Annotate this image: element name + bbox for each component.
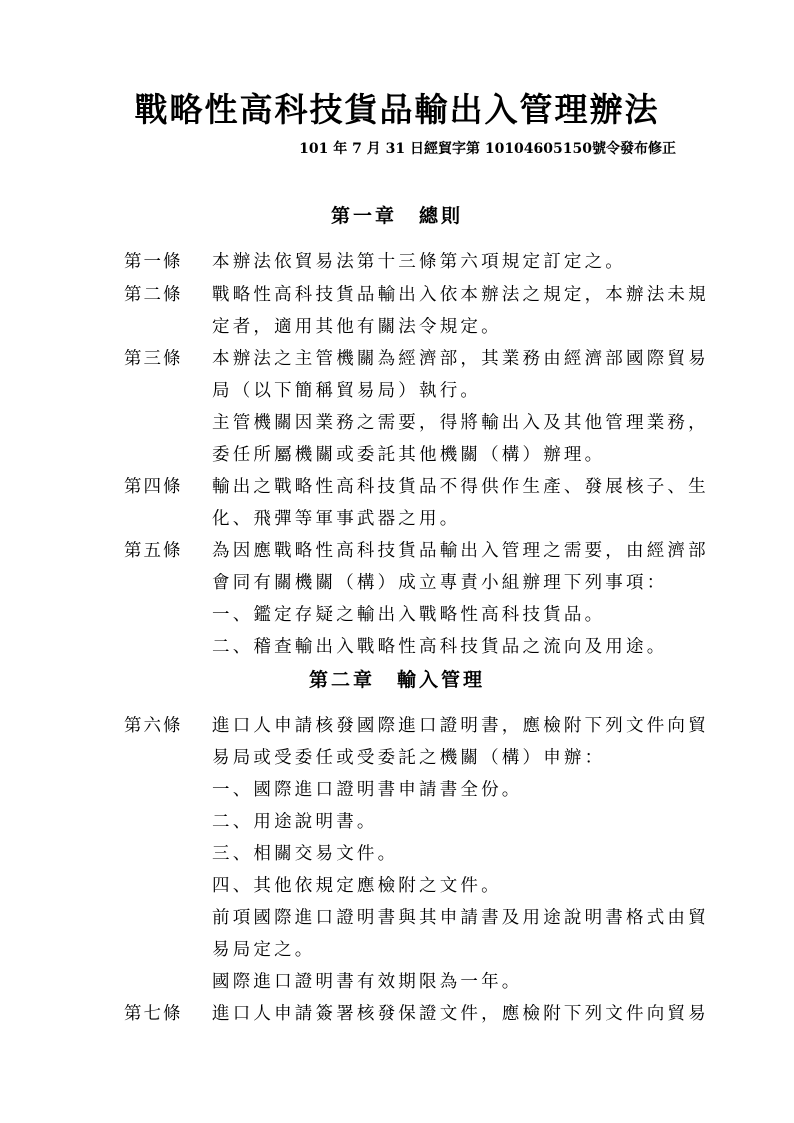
article-label: 第一條 bbox=[124, 250, 183, 274]
article-label: 第二條 bbox=[124, 283, 183, 307]
article-label: 第三條 bbox=[124, 347, 183, 371]
article-text: 四、其他依規定應檢附之文件。 bbox=[212, 874, 502, 898]
chapter-label: 第二章 bbox=[309, 669, 375, 691]
article-text: 二、用途說明書。 bbox=[212, 810, 378, 834]
article-text: 國際進口證明書有效期限為一年。 bbox=[212, 970, 523, 994]
article-text: 進口人申請簽署核發保證文件，應檢附下列文件向貿易 bbox=[212, 1002, 709, 1026]
article-text: 本辦法之主管機關為經濟部，其業務由經濟部國際貿易 bbox=[212, 347, 709, 371]
document-title: 戰略性高科技貨品輸出入管理辦法 bbox=[0, 90, 794, 130]
document-subtitle: 101 年 7 月 31 日經貿字第 10104605150號令發布修正 bbox=[299, 140, 676, 158]
article-text: 易局定之。 bbox=[212, 938, 316, 962]
article-text: 化、飛彈等軍事武器之用。 bbox=[212, 507, 460, 531]
article-label: 第四條 bbox=[124, 475, 183, 499]
article-text: 戰略性高科技貨品輸出入依本辦法之規定，本辦法未規 bbox=[212, 283, 709, 307]
article-text: 委任所屬機關或委託其他機關（構）辦理。 bbox=[212, 443, 605, 467]
article-text: 局（以下簡稱貿易局）執行。 bbox=[212, 379, 481, 403]
article-text: 三、相關交易文件。 bbox=[212, 842, 398, 866]
chapter-heading-2: 第二章輸入管理 bbox=[0, 668, 794, 692]
article-text: 輸出之戰略性高科技貨品不得供作生產、發展核子、生 bbox=[212, 475, 709, 499]
article-text: 主管機關因業務之需要，得將輸出入及其他管理業務， bbox=[212, 411, 709, 435]
article-text: 為因應戰略性高科技貨品輸出入管理之需要，由經濟部 bbox=[212, 539, 709, 563]
article-text: 進口人申請核發國際進口證明書，應檢附下列文件向貿 bbox=[212, 714, 709, 738]
chapter-name: 輸入管理 bbox=[397, 669, 485, 691]
article-text: 會同有關機關（構）成立專責小組辦理下列事項： bbox=[212, 571, 667, 595]
article-text: 本辦法依貿易法第十三條第六項規定訂定之。 bbox=[212, 250, 626, 274]
article-label: 第五條 bbox=[124, 539, 183, 563]
article-text: 一、國際進口證明書申請書全份。 bbox=[212, 778, 523, 802]
article-text: 易局或受委任或受委託之機關（構）申辦： bbox=[212, 746, 605, 770]
chapter-label: 第一章 bbox=[331, 205, 397, 227]
article-text: 二、稽查輸出入戰略性高科技貨品之流向及用途。 bbox=[212, 635, 667, 659]
article-text: 定者，適用其他有關法令規定。 bbox=[212, 315, 502, 339]
chapter-name: 總則 bbox=[419, 205, 463, 227]
article-text: 前項國際進口證明書與其申請書及用途說明書格式由貿 bbox=[212, 906, 709, 930]
article-label: 第七條 bbox=[124, 1002, 183, 1026]
article-label: 第六條 bbox=[124, 714, 183, 738]
chapter-heading-1: 第一章總則 bbox=[0, 204, 794, 228]
article-text: 一、鑑定存疑之輸出入戰略性高科技貨品。 bbox=[212, 603, 605, 627]
